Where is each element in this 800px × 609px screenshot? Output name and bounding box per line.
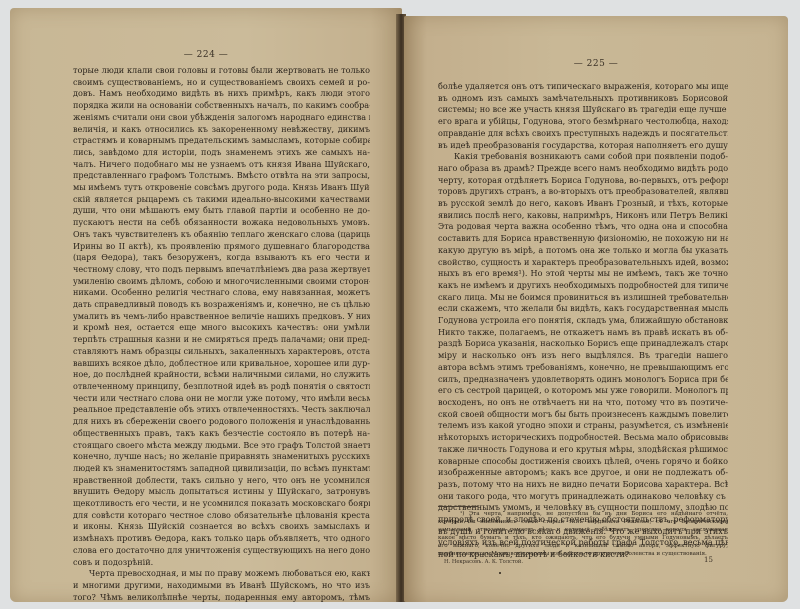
text-line: внушить Өедору мысль допытаться истины у… — [73, 486, 370, 498]
text-line: торые люди клали свои головы и готовы бы… — [73, 65, 370, 77]
left-page: — 224 — торые люди клали свои головы и г… — [10, 8, 402, 602]
text-line: ное, до послѣдней крайности, всѣми налич… — [73, 369, 370, 381]
text-line: явились послѣ него, каковы, напримѣръ, Н… — [438, 210, 728, 222]
text-line: они такого рода, что могутъ принадлежать… — [438, 491, 728, 503]
text-line: составить для Бориса нравственную физіон… — [438, 233, 728, 245]
text-line: Никто также, полагаемъ, не откажетъ намъ… — [438, 327, 728, 339]
text-line: наго образа въ драмѣ? Прежде всего намъ … — [438, 163, 728, 175]
text-line: общественныхъ правъ, такъ какъ безчестіе… — [73, 428, 370, 440]
text-line: силъ, предназначенъ удовлетворять одинъ … — [438, 374, 728, 386]
signature-sheet-number: 15 — [704, 556, 713, 564]
text-line: его врага и убійцы, Годунова, этого безм… — [438, 116, 728, 128]
text-line: честному слову, что подъ первымъ впечатл… — [73, 264, 370, 276]
text-line: измѣнахъ противъ Өедора, какъ только цар… — [73, 533, 370, 545]
text-line: чести или честнаго слова они не могли уж… — [73, 393, 370, 405]
text-line: нѣкоторыхъ историческихъ подробностей. В… — [438, 432, 728, 444]
text-line: Какія требованія возникаютъ сами собой п… — [438, 151, 728, 163]
text-line: коварные способы достиженія своихъ цѣлей… — [438, 456, 728, 468]
text-line: какое мѣсто бумагъ и тѣхъ, кто ожидаютъ,… — [438, 534, 728, 542]
text-line: свойство, сущность и характеръ преобразо… — [438, 257, 728, 269]
text-line: терпѣть страшныя казни и не смиряться пр… — [73, 334, 370, 346]
text-line: своимъ существованіемъ, но и существован… — [73, 77, 370, 89]
text-line: нравственной доблести, такъ сильно у нег… — [73, 475, 370, 487]
text-line: ¹) Эта черта, напримѣръ, не допустила бы… — [438, 510, 728, 518]
text-line: реальное представленіе объ этихъ отвлече… — [73, 404, 370, 416]
text-line: въ русской землѣ до него, каковъ Иванъ Г… — [438, 198, 728, 210]
text-line: какъ не имѣемъ и другихъ необходимыхъ по… — [438, 280, 728, 292]
text-line: для совѣсти котораго честное слово обяза… — [73, 510, 370, 522]
text-line: и иконы. Князь Шуйскій сознается во всѣх… — [73, 521, 370, 533]
text-line: представленнаго графомъ Толстымъ. Вмѣсто… — [73, 170, 370, 182]
text-line: того? Чѣмъ великолѣпнѣе черты, подаренны… — [73, 592, 370, 604]
text-line: страстямъ и коварнымъ предательскимъ зам… — [73, 135, 370, 147]
page-number: — 225 — — [404, 59, 788, 69]
text-line: восходенъ, но онъ не отвѣчаетъ ни на что… — [438, 397, 728, 409]
text-line: системы; но все же участь князя Шуйскаго… — [438, 104, 728, 116]
text-line: лись, завѣдомо для исторіи, подъ знамене… — [73, 147, 370, 159]
text-line: и многими другими, находимыми въ Иванѣ Ш… — [73, 580, 370, 592]
text-line: Черта превосходная, и мы по праву можемъ… — [73, 568, 370, 580]
text-line: ской своей общности могъ бы быть произне… — [438, 409, 728, 421]
text-line: умалить въ чемъ-либо нравственное величі… — [73, 311, 370, 323]
text-line: вавшихъ всякое дѣло, доблестное или крив… — [73, 358, 370, 370]
text-line: въ одномъ изъ самыхъ замѣчательныхъ прот… — [438, 93, 728, 105]
printer-mark — [499, 572, 501, 574]
printer-signature-line: Н. Некрасовъ. А. К. Толстой. — [444, 559, 523, 565]
text-line: женіямъ считали они свои убѣжденія залог… — [73, 112, 370, 124]
text-line: конечно, лучше насъ; но желаніе приравня… — [73, 451, 370, 463]
text-line: мы имѣемъ тутъ откровеніе совсѣмъ другог… — [73, 182, 370, 194]
footnote: ¹) Эта черта, напримѣръ, не допустила бы… — [438, 510, 728, 558]
text-line: замыслами, угрозами ломаетъ дѣла и котор… — [438, 526, 728, 534]
text-line: разъ, потому что на нихъ не видно печати… — [438, 479, 728, 491]
text-line: оправданіе для всѣхъ своихъ преступныхъ … — [438, 128, 728, 140]
text-line: дать справедливый поводъ къ возраженіямъ… — [73, 299, 370, 311]
text-line: который бы напоминалъ собой старый типъ … — [438, 518, 728, 526]
page-body-text: болѣе удаляется онъ отъ типическаго выра… — [438, 81, 728, 561]
text-line: также личность Годунова и его крутыя мѣр… — [438, 444, 728, 456]
text-line: никами. Особенно религія честнаго слова,… — [73, 287, 370, 299]
text-line: (царя Өедора), такъ безоруженъ, когда вз… — [73, 252, 370, 264]
text-line: въ идеѣ преобразованія государства, кото… — [438, 140, 728, 152]
text-line: торовъ другихъ странъ, а во-вторыхъ отъ … — [438, 186, 728, 198]
page-number: — 224 — — [10, 50, 402, 60]
footnote-divider — [438, 506, 478, 507]
text-line: людей къ знаменитостямъ западной цивилиз… — [73, 463, 370, 475]
text-line: міру и насколько онъ изъ него выдѣлялся.… — [438, 350, 728, 362]
right-page: — 225 — болѣе удаляется онъ отъ типическ… — [404, 16, 788, 602]
text-line: скій является рыцаремъ съ такими идеальн… — [73, 194, 370, 206]
text-line: Ирины во II актѣ), къ проявленію прямого… — [73, 241, 370, 253]
text-line: порядка жили на основаніи собственныхъ н… — [73, 100, 370, 112]
text-line: щекотливость его чести, и не усомнился п… — [73, 498, 370, 510]
text-line: чалъ. Ничего подобнаго мы не узнаемъ отъ… — [73, 159, 370, 171]
text-line: отвлеченному принципу, безплотной идеѣ в… — [73, 381, 370, 393]
text-line: умиленію своимъ дѣломъ, собою и многочис… — [73, 276, 370, 288]
text-line: ставляютъ намъ образцы сильныхъ, закален… — [73, 346, 370, 358]
text-line: стоящаго своего мѣста между людьми. Все … — [73, 440, 370, 452]
text-line: болѣе удаляется онъ отъ типическаго выра… — [438, 81, 728, 93]
text-line: пускаютъ нести на себѣ обязанности вожак… — [73, 217, 370, 229]
text-line: души, что они мѣшаютъ ему быть главой па… — [73, 205, 370, 217]
text-line: черту, которая отдѣляетъ Бориса Годунова… — [438, 175, 728, 187]
text-line: какую другую въ мірѣ, а потомъ она же то… — [438, 245, 728, 257]
text-line: его съ сестрой царицей, о которомъ мы уж… — [438, 385, 728, 397]
text-line: раздѣ Бориса указанія, насколько Борисъ … — [438, 338, 728, 350]
text-line: ныхъ въ его время¹). Но этой черты мы не… — [438, 268, 728, 280]
text-line: слова его достаточно для уничтоженія сущ… — [73, 545, 370, 557]
text-line: скаго лица. Мы не боимся провиниться въ … — [438, 292, 728, 304]
text-line: Онъ такъ чувствителенъ къ обаянію теплаг… — [73, 229, 370, 241]
text-line: величія, и какъ относились къ закорененн… — [73, 124, 370, 136]
page-body-text: торые люди клали свои головы и готовы бы… — [73, 65, 370, 603]
text-line: совъ и подозрѣній. — [73, 557, 370, 569]
text-line: довъ. Намъ необходимо видѣть въ нихъ при… — [73, 88, 370, 100]
text-line: если скажемъ, что желали бы видѣть, какъ… — [438, 303, 728, 315]
text-line: Эта родовая черта важна особенно тѣмъ, ч… — [438, 221, 728, 233]
text-line: Годунова устроила его понятія, складъ ум… — [438, 315, 728, 327]
text-line: для нихъ въ сбереженіи своего родового п… — [73, 416, 370, 428]
text-line: его важнаго, конечно другихъ люди и казн… — [438, 542, 728, 550]
text-line: перенесенную въ Московскіе хоромы изъ ка… — [438, 550, 728, 558]
text-line: изображенные авторомъ; какъ все другое, … — [438, 467, 728, 479]
text-line: и кромѣ нея, остается еще много высокихъ… — [73, 322, 370, 334]
text-line: телемъ изъ какой угодно эпохи и страны, … — [438, 420, 728, 432]
text-line: автора всѣмъ этимъ требованіямъ, конечно… — [438, 362, 728, 374]
